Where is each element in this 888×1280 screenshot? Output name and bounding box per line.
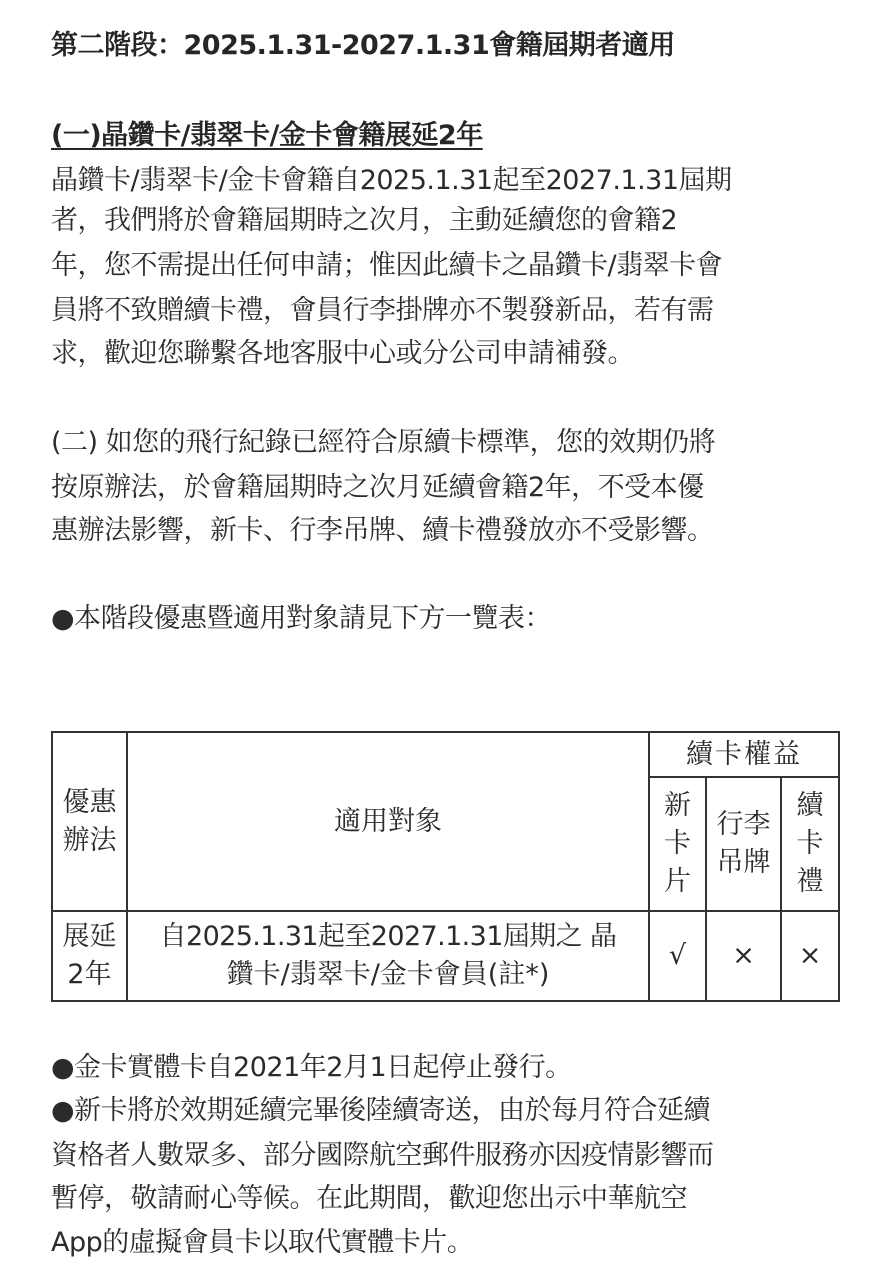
table-row: 展延 2年 自2025.1.31起至2027.1.31屆期之 晶 鑽卡/翡翠卡/… — [52, 911, 839, 1001]
section2-line: (二) 如您的飛行紀錄已經符合原續卡標準，您的效期仍將 — [51, 427, 715, 459]
section1-line: 求，歡迎您聯繫各地客服中心或分公司申請補發。 — [51, 338, 634, 370]
section2-line: 惠辦法影響，新卡、行李吊牌、續卡禮發放亦不受影響。 — [51, 515, 714, 547]
header-new-card: 新 卡 片 — [649, 777, 706, 911]
benefits-table: 優惠 辦法 適用對象 續卡權益 新 卡 片 行李 吊牌 續 卡 禮 展延 2年 … — [51, 731, 840, 1002]
note-line: 資格者人數眾多、部分國際航空郵件服務亦因疫情影響而 — [51, 1140, 714, 1172]
header-benefits-group: 續卡權益 — [649, 732, 839, 777]
row-plan: 展延 2年 — [52, 911, 127, 1001]
table-intro: ●本階段優惠暨適用對象請見下方一覽表： — [51, 603, 551, 635]
section2-line: 按原辦法，於會籍屆期時之次月延續會籍2年，不受本優 — [51, 472, 704, 504]
section1-line: 員將不致贈續卡禮，會員行李掛牌亦不製發新品，若有需 — [51, 295, 714, 327]
page-heading: 第二階段：2025.1.31-2027.1.31會籍屆期者適用 — [51, 30, 675, 62]
section1-line: 者，我們將於會籍屆期時之次月，主動延續您的會籍2 — [51, 205, 677, 237]
note-line: ●金卡實體卡自2021年2月1日起停止發行。 — [51, 1052, 572, 1084]
row-luggage-tag: × — [706, 911, 781, 1001]
header-renewal-gift: 續 卡 禮 — [781, 777, 839, 911]
row-new-card: √ — [649, 911, 706, 1001]
header-luggage-tag: 行李 吊牌 — [706, 777, 781, 911]
section1-title: (一)晶鑽卡/翡翠卡/金卡會籍展延2年 — [51, 120, 483, 152]
note-line: ●新卡將於效期延續完畢後陸續寄送，由於每月符合延續 — [51, 1095, 710, 1127]
section1-line: 年，您不需提出任何申請；惟因此續卡之晶鑽卡/翡翠卡會 — [51, 250, 722, 282]
section1-line: 晶鑽卡/翡翠卡/金卡會籍自2025.1.31起至2027.1.31屆期 — [51, 165, 732, 197]
header-plan: 優惠 辦法 — [52, 732, 127, 911]
note-line: App的虛擬會員卡以取代實體卡片。 — [51, 1227, 473, 1259]
row-renewal-gift: × — [781, 911, 839, 1001]
row-target: 自2025.1.31起至2027.1.31屆期之 晶 鑽卡/翡翠卡/金卡會員(註… — [127, 911, 649, 1001]
header-target: 適用對象 — [127, 732, 649, 911]
note-line: 暫停，敬請耐心等候。在此期間，歡迎您出示中華航空 — [51, 1183, 687, 1215]
table-header-row: 優惠 辦法 適用對象 續卡權益 — [52, 732, 839, 777]
